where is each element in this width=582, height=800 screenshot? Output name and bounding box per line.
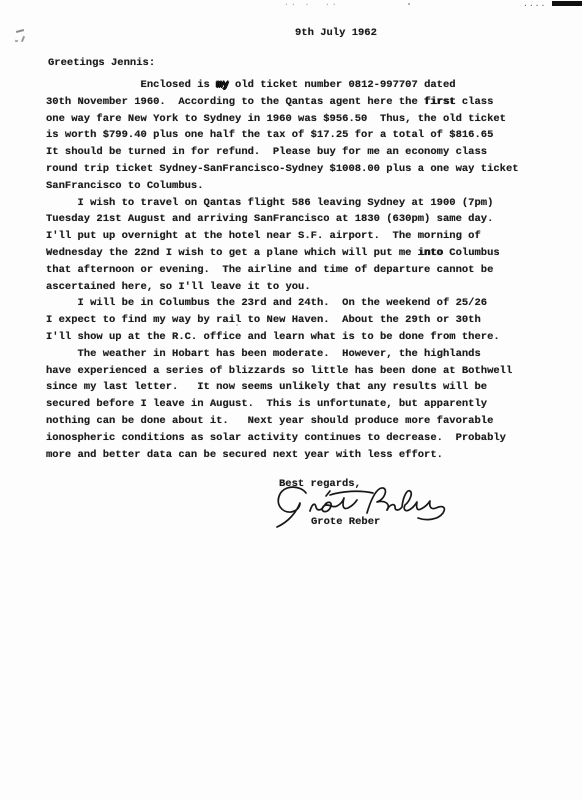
letter-line: have experienced a series of blizzards s… — [46, 363, 546, 380]
letter-line: Wednesday the 22nd I wish to get a plane… — [46, 245, 546, 262]
letter-line: 30th November 1960. According to the Qan… — [46, 94, 546, 111]
letter-line: It should be turned in for refund. Pleas… — [46, 144, 546, 161]
scan-noise-dot — [408, 3, 410, 5]
letter-greeting: Greetings Jennis: — [48, 57, 155, 69]
letter-line: round trip ticket Sydney-SanFrancisco-Sy… — [46, 161, 546, 178]
letter-line: SanFrancisco to Columbus. — [46, 178, 546, 195]
pencil-mark — [15, 40, 18, 42]
letter-line: I expect to find my way by rail to New H… — [46, 312, 546, 329]
letter-line: since my last letter. It now seems unlik… — [46, 379, 546, 396]
letter-line: The weather in Hobart has been moderate.… — [46, 346, 546, 363]
letter-line: I'll show up at the R.C. office and lear… — [46, 329, 546, 346]
letter-line: more and better data can be secured next… — [46, 447, 546, 464]
letter-line: one way fare New York to Sydney in 1960 … — [46, 111, 546, 128]
letter-line: is worth $799.40 plus one half the tax o… — [46, 127, 546, 144]
letter-line: I'll put up overnight at the hotel near … — [46, 228, 546, 245]
letter-line: I wish to travel on Qantas flight 586 le… — [46, 195, 546, 212]
scanned-letter-page: ···· ·· · ·· 9th July 1962 Greetings Jen… — [0, 0, 582, 800]
letter-line: Enclosed is my old ticket number 0812-99… — [46, 77, 546, 94]
letter-date: 9th July 1962 — [295, 27, 377, 39]
letter-line: secured before I leave in August. This i… — [46, 396, 546, 413]
letter-line: ascertained here, so I'll leave it to yo… — [46, 279, 546, 296]
letter-line: I will be in Columbus the 23rd and 24th.… — [46, 295, 546, 312]
letter-line: Tuesday 21st August and arriving SanFran… — [46, 211, 546, 228]
scan-edge-bar — [552, 1, 582, 6]
typed-signature-name: Grote Reber — [311, 516, 380, 528]
scan-noise-dots: ···· — [523, 1, 546, 10]
letter-line: ionospheric conditions as solar activity… — [46, 430, 546, 447]
letter-line: nothing can be done about it. Next year … — [46, 413, 546, 430]
pencil-mark — [16, 29, 24, 33]
letter-line: that afternoon or evening. The airline a… — [46, 262, 546, 279]
letter-body: Enclosed is my old ticket number 0812-99… — [46, 77, 546, 463]
scan-noise-specks: ·· · ·· — [284, 0, 339, 9]
pencil-mark — [21, 36, 25, 42]
